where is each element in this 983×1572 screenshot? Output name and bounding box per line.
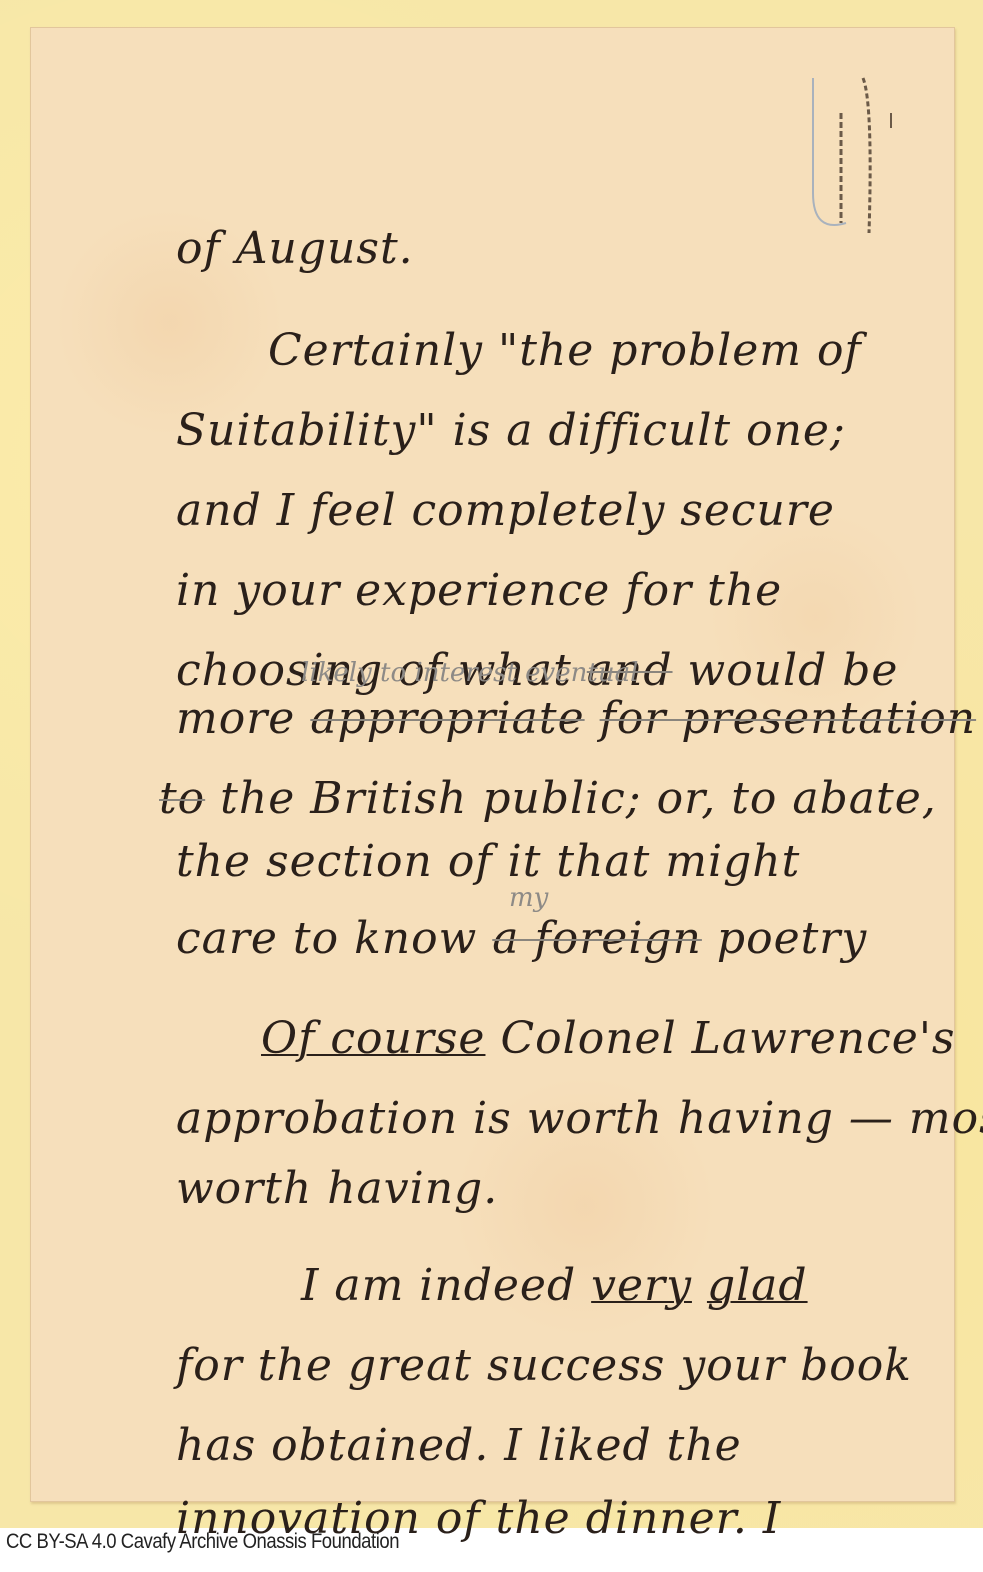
line-11: Of course Colonel Lawrence's: [261, 1013, 956, 1064]
line-10-start: care to know: [176, 913, 477, 964]
line-9: the section of it that might: [176, 836, 800, 887]
line-1: of August.: [176, 223, 414, 274]
struck-for-presentation: for presentation: [600, 693, 977, 744]
line-14: I am indeed very glad: [301, 1260, 808, 1311]
line-15: for the great success your book: [176, 1340, 912, 1391]
line-16: has obtained. I liked the: [176, 1420, 742, 1471]
pencil-insertion-my: my: [509, 883, 548, 913]
letter-page: of August. Certainly "the problem of Sui…: [30, 27, 955, 1502]
line-10-end: poetry: [717, 913, 867, 964]
license-credit: CC BY-SA 4.0 Cavafy Archive Onassis Foun…: [6, 1530, 399, 1554]
struck-a-foreign: a foreign: [492, 913, 702, 964]
line-2: Certainly "the problem of: [268, 325, 862, 376]
line-11-end: Colonel Lawrence's: [500, 1013, 955, 1064]
line-5: in your experience for the: [176, 565, 782, 616]
underlined-very: very: [591, 1260, 692, 1311]
line-13: worth having.: [176, 1163, 498, 1214]
line-8: to the British public; or, to abate,: [159, 773, 937, 824]
pencil-interlinear-correction: likely to interest eventual: [301, 658, 638, 688]
struck-to: to: [159, 773, 205, 824]
line-14-start: I am indeed: [301, 1260, 576, 1311]
line-7: more appropriate for presentation: [176, 693, 976, 744]
scan-background: of August. Certainly "the problem of Sui…: [0, 0, 983, 1528]
line-7-start: more: [176, 693, 295, 744]
line-8-end: the British public; or, to abate,: [220, 773, 937, 824]
underlined-glad: glad: [707, 1260, 808, 1311]
archive-pencil-mark: [801, 73, 911, 248]
underlined-of-course: Of course: [261, 1013, 485, 1064]
line-10: care to know a foreign poetry: [176, 913, 867, 964]
line-4: and I feel completely secure: [176, 485, 835, 536]
line-3: Suitability" is a difficult one;: [176, 405, 846, 456]
struck-appropriate: appropriate: [310, 693, 584, 744]
line-6-end: would be: [688, 645, 899, 696]
line-12: approbation is worth having — most: [176, 1093, 983, 1144]
